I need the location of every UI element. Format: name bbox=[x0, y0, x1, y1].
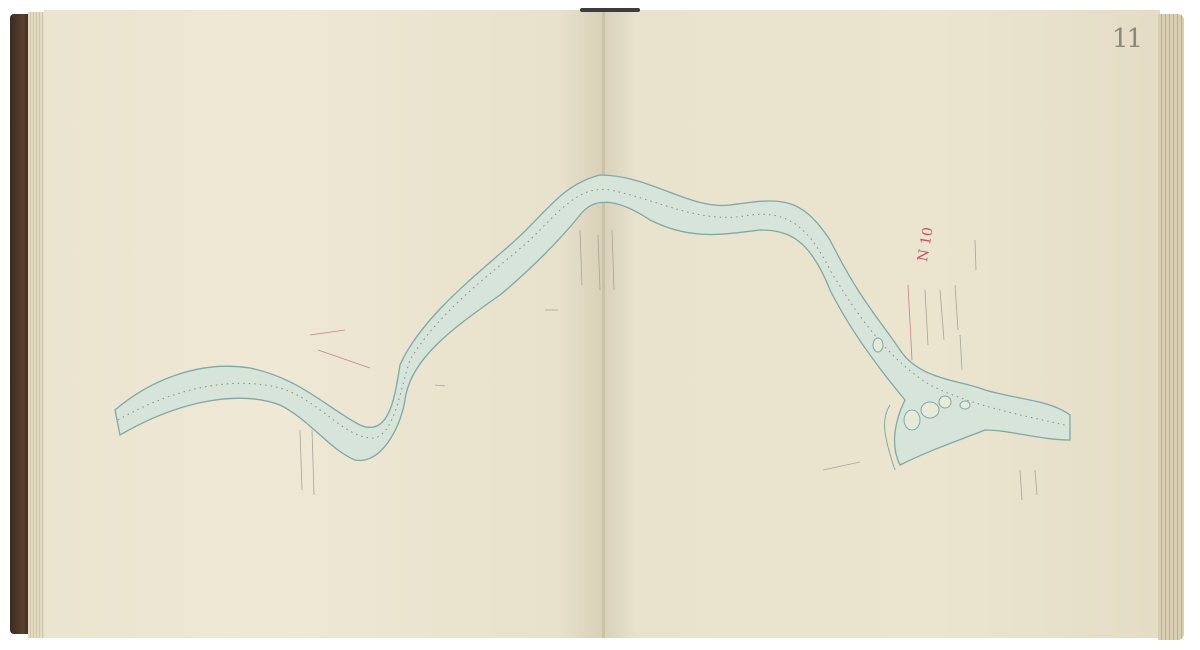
page-number: 11 bbox=[1112, 24, 1141, 54]
open-book: 11 N 10 bbox=[0, 0, 1200, 650]
river-map bbox=[0, 0, 1200, 650]
red-annotations bbox=[310, 285, 912, 368]
river-branch bbox=[885, 405, 895, 470]
